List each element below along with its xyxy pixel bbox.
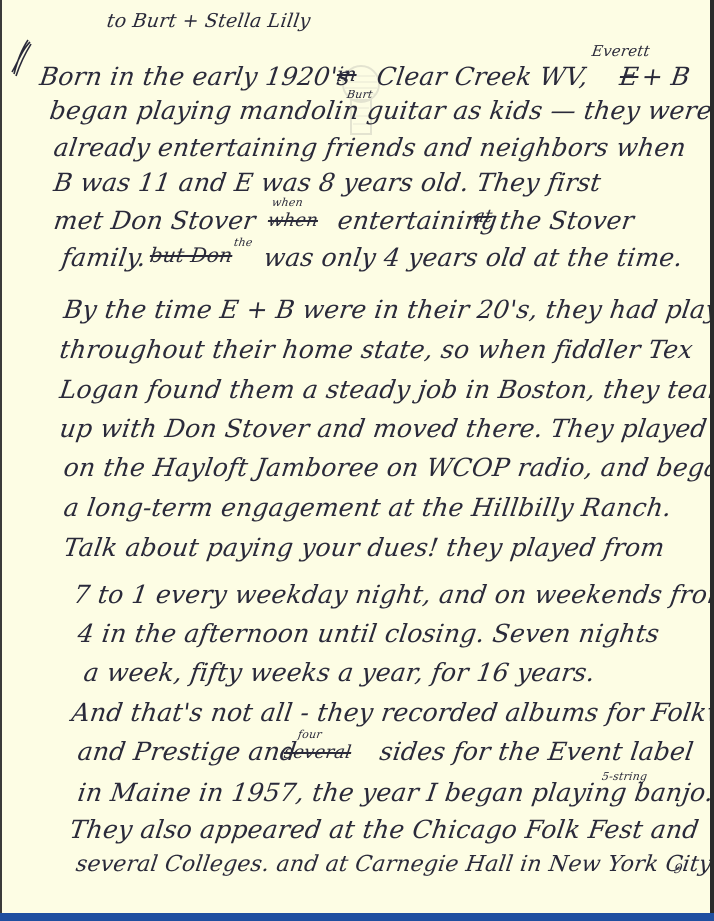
scan-edge-left [0, 0, 2, 913]
text-line-10: up with Don Stover and moved there. They… [58, 414, 709, 443]
text-line-1b: Clear Creek WV, [375, 62, 590, 91]
text-line-5a: met Don Stover [52, 206, 258, 235]
text-line-11: on the Hayloft Jamboree on WCOP radio, a… [62, 453, 710, 482]
text-line-4: B was 11 and E was 8 years old. They fir… [52, 168, 603, 197]
text-line-5c: the Stover [498, 206, 636, 235]
annotation-when: when [271, 196, 304, 209]
text-line-13: Talk about paying your dues! they played… [62, 533, 667, 562]
viewer-bottom-bar [0, 913, 714, 921]
text-line-17: And that's not all - they recorded album… [70, 698, 710, 727]
text-line-2: began playing mandolin guitar as kids — … [48, 96, 710, 125]
struck-word-when: when [267, 210, 320, 231]
text-line-21: several Colleges. and at Carnegie Hall i… [74, 852, 710, 877]
text-line-15: 4 in the afternoon until closing. Seven … [76, 619, 661, 648]
text-line-9: Logan found them a steady job in Boston,… [58, 375, 710, 404]
text-line-1a: Born in the early 1920's [38, 62, 352, 91]
struck-word-several: several [283, 742, 353, 763]
text-line-14: 7 to 1 every weekday night, and on weeke… [72, 580, 710, 609]
annotation-four: four [297, 728, 323, 741]
struck-word-at: at [473, 206, 494, 227]
text-line-18a: and Prestige and [76, 737, 298, 766]
document-page: to Burt + Stella Lilly Everett Born in t… [2, 0, 710, 913]
scan-edge-right [710, 0, 714, 913]
text-line-20: They also appeared at the Chicago Folk F… [68, 815, 701, 844]
text-line-19: in Maine in 1957, the year I began playi… [76, 778, 710, 807]
text-line-6b: was only 4 years old at the time. [262, 243, 685, 272]
text-line-6a: family. [60, 243, 148, 272]
struck-words-but-don: but Don [148, 243, 234, 267]
struck-word-e: E [618, 62, 641, 91]
text-line-18b: sides for the Event label [378, 737, 696, 766]
text-line-8: throughout their home state, so when fid… [58, 335, 695, 364]
annotation-everett: Everett [591, 42, 651, 60]
dedication: to Burt + Stella Lilly [105, 10, 312, 32]
text-line-3: already entertaining friends and neighbo… [52, 133, 688, 162]
text-line-1c: + B [640, 62, 692, 91]
text-line-12: a long-term engagement at the Hillbilly … [62, 493, 673, 522]
text-line-16: a week, fifty weeks a year, for 16 years… [82, 658, 597, 687]
struck-word-in: in [335, 62, 358, 86]
annotation-the: the [233, 236, 253, 249]
text-line-7: By the time E + B were in their 20's, th… [62, 295, 710, 324]
margin-scribble-icon [10, 38, 32, 78]
